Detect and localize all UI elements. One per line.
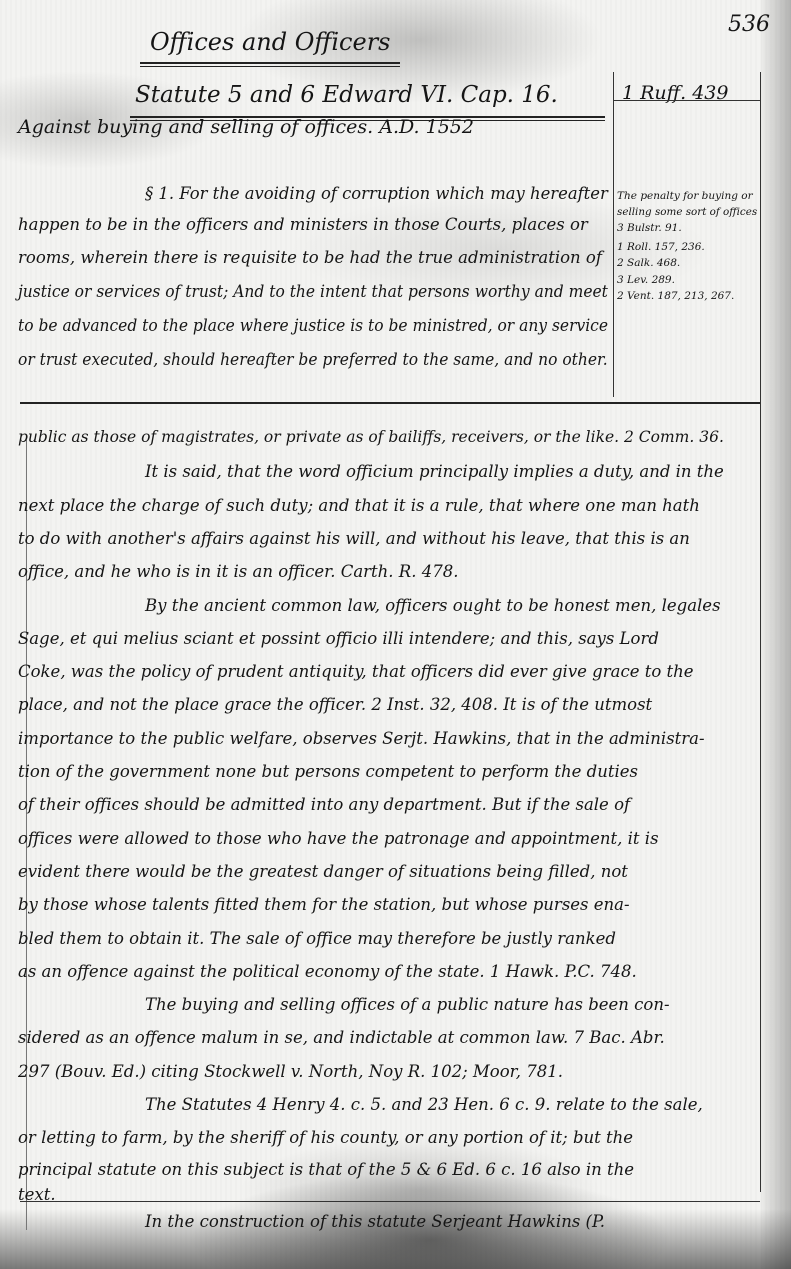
commentary-line: principal statute on this subject is tha… — [18, 1160, 634, 1179]
commentary-line: by those whose talents fitted them for t… — [18, 895, 630, 914]
margin-ref-underline — [613, 100, 760, 101]
commentary-line: or letting to farm, by the sheriff of hi… — [18, 1128, 633, 1147]
margin-column-right-rule — [760, 72, 761, 1192]
commentary-line: By the ancient common law, officers ough… — [145, 596, 721, 615]
subheading: Against buying and selling of offices. A… — [18, 116, 474, 138]
commentary-line: place, and not the place grace the offic… — [18, 695, 652, 714]
commentary-line: of their offices should be admitted into… — [18, 795, 630, 814]
commentary-line: as an offence against the political econ… — [18, 962, 637, 981]
commentary-line: evident there would be the greatest dang… — [18, 862, 628, 881]
statute-line: or trust executed, should hereafter be p… — [18, 350, 608, 369]
margin-note: The penalty for buying or — [617, 190, 753, 202]
title-double-rule — [140, 62, 400, 67]
statute-line: § 1. For the avoiding of corruption whic… — [145, 184, 608, 203]
commentary-line: Sage, et qui melius sciant et possint of… — [18, 629, 659, 648]
margin-note: selling some sort of offices — [617, 206, 757, 218]
margin-note: 2 Salk. 468. — [617, 257, 680, 269]
margin-column-left-rule — [613, 72, 614, 397]
commentary-line: to do with another's affairs against his… — [18, 529, 690, 548]
statute-line: to be advanced to the place where justic… — [18, 316, 608, 335]
margin-note: 2 Vent. 187, 213, 267. — [617, 290, 734, 302]
statute-heading: Statute 5 and 6 Edward VI. Cap. 16. — [135, 82, 558, 108]
commentary-line: Coke, was the policy of prudent antiquit… — [18, 662, 694, 681]
text-end-rule — [20, 1201, 760, 1202]
statute-line: rooms, wherein there is requisite to be … — [18, 248, 602, 267]
commentary-line: importance to the public welfare, observ… — [18, 729, 705, 748]
margin-note: 1 Roll. 157, 236. — [617, 241, 705, 253]
commentary-line: sidered as an offence malum in se, and i… — [18, 1028, 665, 1047]
commentary-line: text. — [18, 1185, 56, 1204]
margin-note: 3 Lev. 289. — [617, 274, 675, 286]
commentary-line: public as those of magistrates, or priva… — [18, 428, 724, 446]
commentary-line: It is said, that the word officium princ… — [145, 462, 724, 481]
commentary-line: 297 (Bouv. Ed.) citing Stockwell v. Nort… — [18, 1062, 563, 1081]
commentary-line: next place the charge of such duty; and … — [18, 496, 700, 515]
statute-line: justice or services of trust; And to the… — [18, 282, 608, 301]
page-edge-shadow — [761, 0, 791, 1269]
commentary-line: office, and he who is in it is an office… — [18, 562, 458, 581]
commentary-line: The buying and selling offices of a publ… — [145, 995, 670, 1014]
margin-note: 3 Bulstr. 91. — [617, 222, 682, 234]
page-number: 536 — [728, 12, 770, 37]
commentary-line: tion of the government none but persons … — [18, 762, 638, 781]
commentary-line: In the construction of this statute Serj… — [145, 1212, 605, 1231]
statute-box-bottom-rule — [20, 402, 760, 404]
statute-line: happen to be in the officers and ministe… — [18, 215, 588, 234]
commentary-line: bled them to obtain it. The sale of offi… — [18, 929, 616, 948]
page-title: Offices and Officers — [150, 28, 391, 56]
commentary-line: The Statutes 4 Henry 4. c. 5. and 23 Hen… — [145, 1095, 703, 1114]
commentary-line: offices were allowed to those who have t… — [18, 829, 659, 848]
